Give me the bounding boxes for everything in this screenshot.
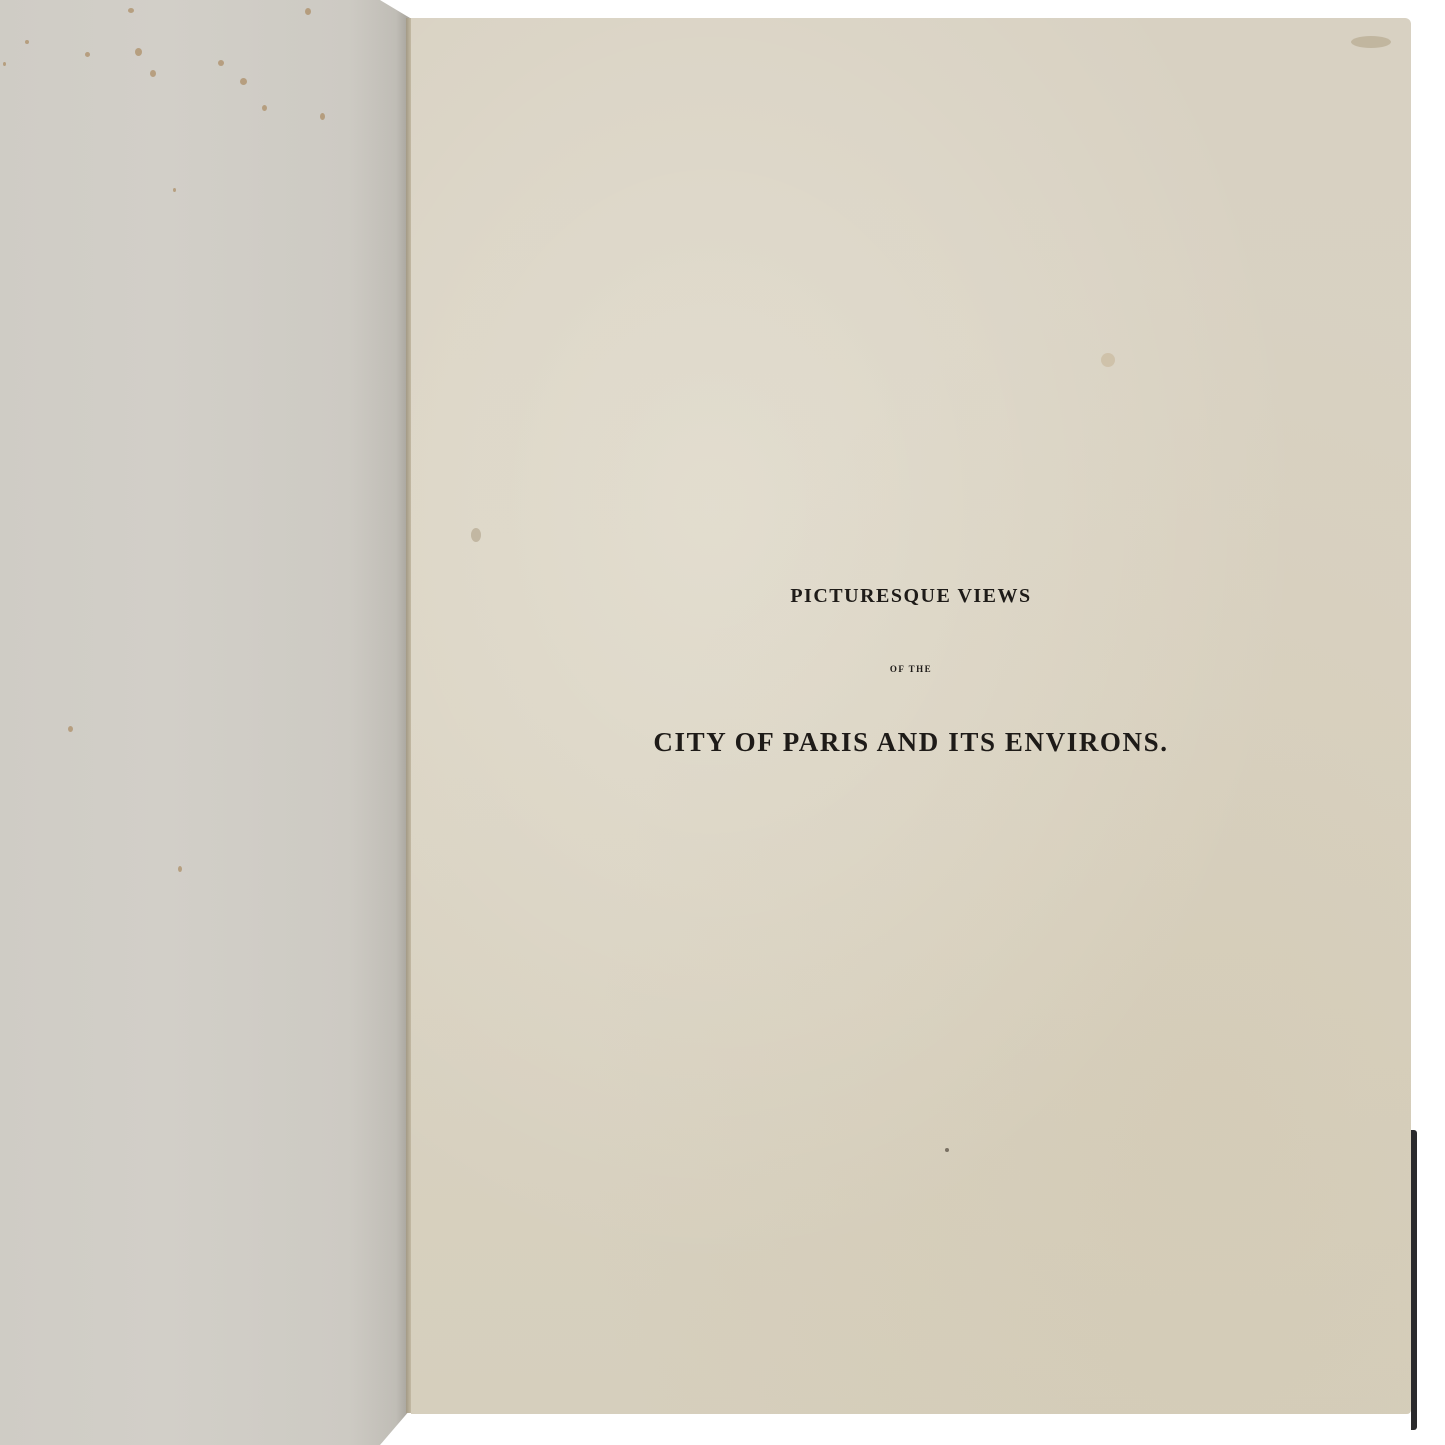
- title-line-of-the: OF THE: [411, 664, 1411, 674]
- foxing-stain: [945, 1148, 949, 1152]
- foxing-spot: [68, 726, 73, 732]
- book-cover-edge: [1411, 1130, 1417, 1430]
- open-book: PICTURESQUE VIEWS OF THE CITY OF PARIS A…: [0, 0, 1445, 1445]
- title-line-city-of-paris: CITY OF PARIS AND ITS ENVIRONS.: [411, 727, 1411, 758]
- title-line-picturesque-views: PICTURESQUE VIEWS: [411, 585, 1411, 608]
- foxing-spot: [135, 48, 142, 56]
- foxing-spot: [85, 52, 90, 57]
- foxing-spot: [25, 40, 29, 44]
- title-page: [411, 18, 1411, 1414]
- foxing-stain: [1101, 353, 1115, 367]
- foxing-spot: [262, 105, 267, 111]
- foxing-stain: [1351, 36, 1391, 48]
- foxing-spot: [320, 113, 325, 120]
- foxing-stain: [471, 528, 481, 542]
- left-endpaper: [0, 0, 410, 1445]
- foxing-spot: [150, 70, 156, 77]
- foxing-spot: [3, 62, 6, 66]
- foxing-spot: [128, 8, 134, 13]
- foxing-spot: [173, 188, 176, 192]
- foxing-spot: [240, 78, 247, 85]
- foxing-spot: [218, 60, 224, 66]
- foxing-spot: [178, 866, 182, 872]
- foxing-spot: [305, 8, 311, 15]
